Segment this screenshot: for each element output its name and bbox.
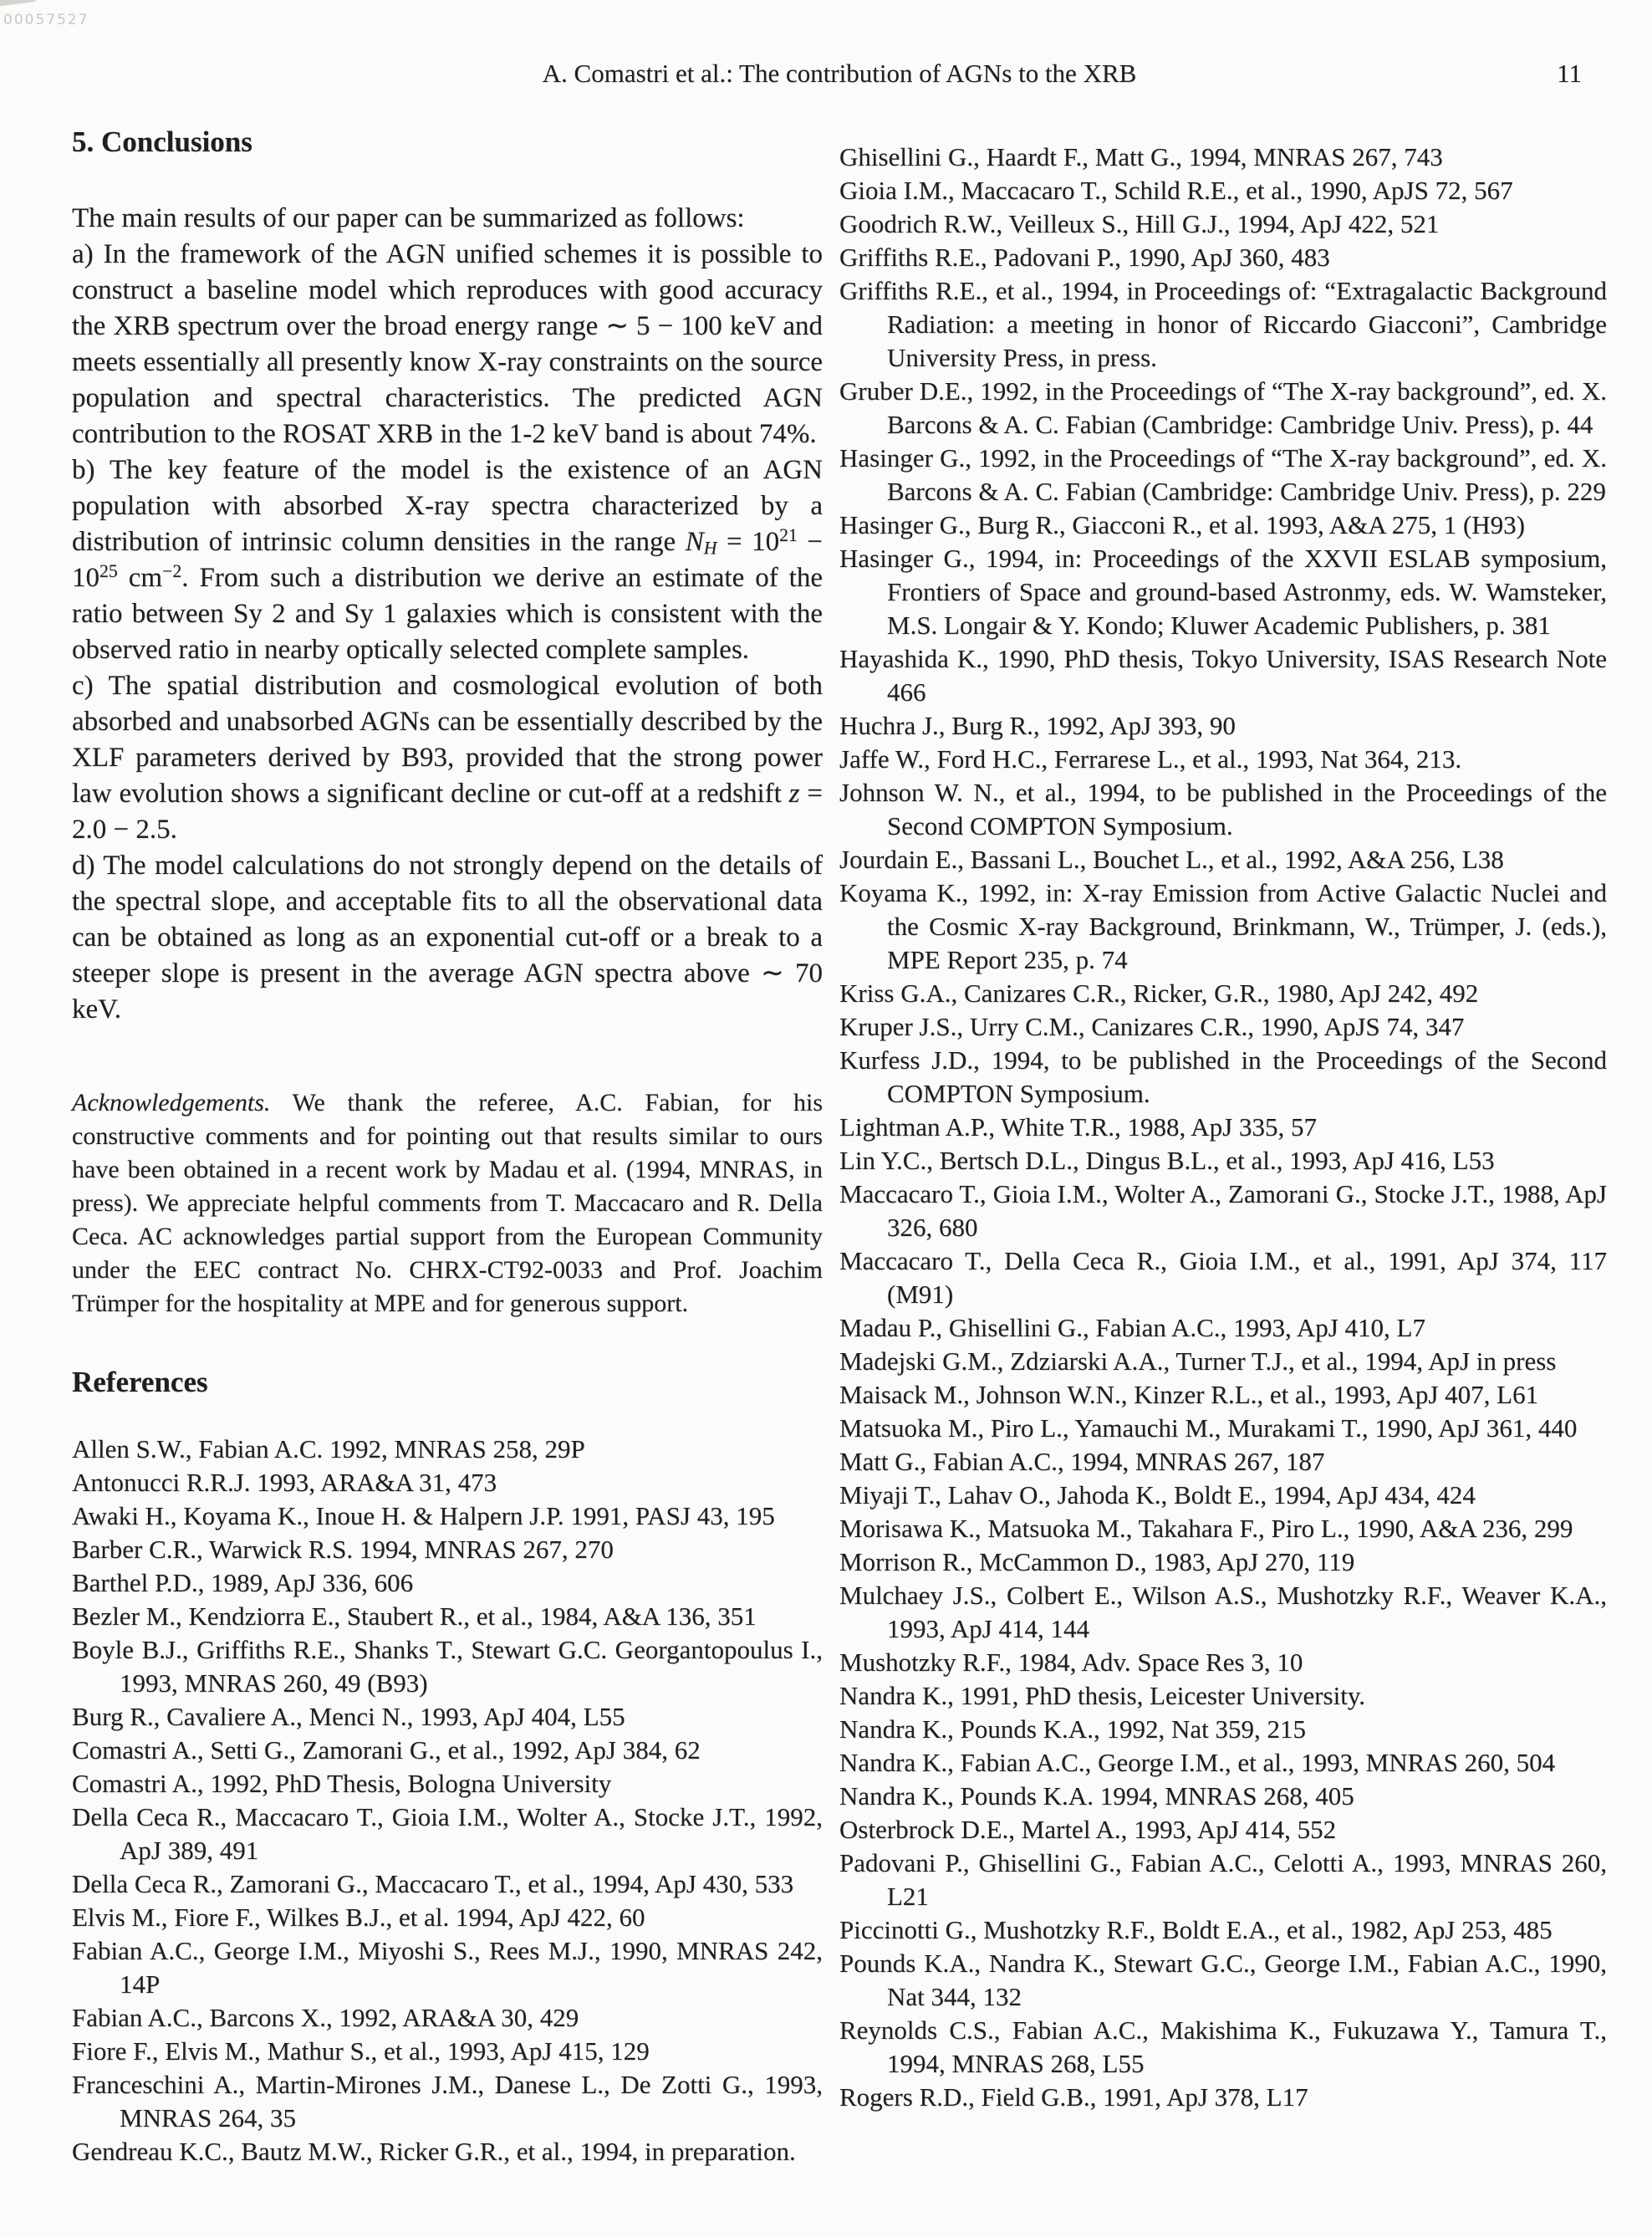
acknowledgements-paragraph: Acknowledgements. We thank the referee, … [72,1086,823,1320]
reference-entry: Padovani P., Ghisellini G., Fabian A.C.,… [839,1846,1607,1913]
body-paragraph: b) The key feature of the model is the e… [72,452,823,668]
reference-entry: Johnson W. N., et al., 1994, to be publi… [839,776,1607,843]
reference-entry: Hasinger G., Burg R., Giacconi R., et al… [839,508,1607,542]
reference-entry: Kruper J.S., Urry C.M., Canizares C.R., … [839,1010,1607,1044]
reference-entry: Nandra K., 1991, PhD thesis, Leicester U… [839,1679,1607,1713]
reference-entry: Madejski G.M., Zdziarski A.A., Turner T.… [839,1345,1607,1378]
reference-entry: Madau P., Ghisellini G., Fabian A.C., 19… [839,1311,1607,1345]
reference-entry: Comastri A., 1992, PhD Thesis, Bologna U… [72,1767,823,1800]
reference-entry: Kurfess J.D., 1994, to be published in t… [839,1044,1607,1111]
reference-entry: Rogers R.D., Field G.B., 1991, ApJ 378, … [839,2081,1607,2114]
page-number: 11 [1557,59,1582,89]
reference-entry: Boyle B.J., Griffiths R.E., Shanks T., S… [72,1633,823,1700]
references-section-heading: References [72,1366,823,1399]
reference-entry: Jaffe W., Ford H.C., Ferrarese L., et al… [839,743,1607,776]
reference-entry: Nandra K., Pounds K.A. 1994, MNRAS 268, … [839,1780,1607,1813]
reference-entry: Della Ceca R., Zamorani G., Maccacaro T.… [72,1867,823,1901]
reference-entry: Mulchaey J.S., Colbert E., Wilson A.S., … [839,1579,1607,1646]
reference-entry: Franceschini A., Martin-Mirones J.M., Da… [72,2068,823,2135]
reference-entry: Gendreau K.C., Bautz M.W., Ricker G.R., … [72,2135,823,2168]
reference-entry: Maccacaro T., Gioia I.M., Wolter A., Zam… [839,1177,1607,1244]
reference-entry: Koyama K., 1992, in: X-ray Emission from… [839,876,1607,977]
reference-entry: Piccinotti G., Mushotzky R.F., Boldt E.A… [839,1913,1607,1947]
reference-entry: Morisawa K., Matsuoka M., Takahara F., P… [839,1512,1607,1545]
reference-entry: Fabian A.C., George I.M., Miyoshi S., Re… [72,1934,823,2001]
reference-entry: Gruber D.E., 1992, in the Proceedings of… [839,375,1607,442]
body-paragraph: d) The model calculations do not strongl… [72,848,823,1028]
body-paragraph: The main results of our paper can be sum… [72,201,823,237]
reference-entry: Nandra K., Fabian A.C., George I.M., et … [839,1746,1607,1780]
reference-entry: Pounds K.A., Nandra K., Stewart G.C., Ge… [839,1947,1607,2014]
body-paragraph: a) In the framework of the AGN unified s… [72,237,823,452]
reference-entry: Reynolds C.S., Fabian A.C., Makishima K.… [839,2014,1607,2081]
reference-entry: Maccacaro T., Della Ceca R., Gioia I.M.,… [839,1244,1607,1311]
reference-entry: Kriss G.A., Canizares C.R., Ricker, G.R.… [839,977,1607,1010]
reference-entry: Fabian A.C., Barcons X., 1992, ARA&A 30,… [72,2001,823,2035]
reference-entry: Osterbrock D.E., Martel A., 1993, ApJ 41… [839,1813,1607,1846]
reference-entry: Fiore F., Elvis M., Mathur S., et al., 1… [72,2035,823,2068]
references-list-left: Allen S.W., Fabian A.C. 1992, MNRAS 258,… [72,1433,823,2168]
acknowledgements-label: Acknowledgements. [72,1089,270,1116]
body-paragraph: c) The spatial distribution and cosmolog… [72,668,823,848]
acknowledgements-text: We thank the referee, A.C. Fabian, for h… [72,1089,823,1317]
reference-entry: Jourdain E., Bassani L., Bouchet L., et … [839,843,1607,876]
reference-entry: Mushotzky R.F., 1984, Adv. Space Res 3, … [839,1646,1607,1679]
conclusions-section-heading: 5. Conclusions [72,125,823,159]
reference-entry: Hasinger G., 1994, in: Proceedings of th… [839,542,1607,642]
reference-entry: Lightman A.P., White T.R., 1988, ApJ 335… [839,1111,1607,1144]
reference-entry: Barber C.R., Warwick R.S. 1994, MNRAS 26… [72,1533,823,1566]
reference-entry: Della Ceca R., Maccacaro T., Gioia I.M.,… [72,1800,823,1867]
scan-id-stamp: 00057527 [3,12,89,28]
reference-entry: Griffiths R.E., et al., 1994, in Proceed… [839,274,1607,375]
reference-entry: Elvis M., Fiore F., Wilkes B.J., et al. … [72,1901,823,1934]
reference-entry: Goodrich R.W., Veilleux S., Hill G.J., 1… [839,207,1607,241]
reference-entry: Barthel P.D., 1989, ApJ 336, 606 [72,1566,823,1600]
reference-entry: Hasinger G., 1992, in the Proceedings of… [839,442,1607,508]
scanned-paper-page: 00057527 A. Comastri et al.: The contrib… [0,0,1652,2237]
left-column: 5. Conclusions The main results of our p… [72,125,823,2168]
reference-entry: Huchra J., Burg R., 1992, ApJ 393, 90 [839,709,1607,743]
reference-entry: Griffiths R.E., Padovani P., 1990, ApJ 3… [839,241,1607,274]
running-header-title: A. Comastri et al.: The contribution of … [72,59,1607,89]
right-column: Ghisellini G., Haardt F., Matt G., 1994,… [839,140,1607,2114]
reference-entry: Antonucci R.R.J. 1993, ARA&A 31, 473 [72,1466,823,1499]
reference-entry: Awaki H., Koyama K., Inoue H. & Halpern … [72,1499,823,1533]
conclusions-paragraphs: The main results of our paper can be sum… [72,201,823,1028]
reference-entry: Comastri A., Setti G., Zamorani G., et a… [72,1734,823,1767]
scan-edge-artifact [0,0,37,7]
reference-entry: Miyaji T., Lahav O., Jahoda K., Boldt E.… [839,1479,1607,1512]
reference-entry: Matsuoka M., Piro L., Yamauchi M., Murak… [839,1412,1607,1445]
reference-entry: Nandra K., Pounds K.A., 1992, Nat 359, 2… [839,1713,1607,1746]
references-list-right: Ghisellini G., Haardt F., Matt G., 1994,… [839,140,1607,2114]
reference-entry: Matt G., Fabian A.C., 1994, MNRAS 267, 1… [839,1445,1607,1479]
reference-entry: Gioia I.M., Maccacaro T., Schild R.E., e… [839,174,1607,207]
reference-entry: Allen S.W., Fabian A.C. 1992, MNRAS 258,… [72,1433,823,1466]
reference-entry: Burg R., Cavaliere A., Menci N., 1993, A… [72,1700,823,1734]
reference-entry: Maisack M., Johnson W.N., Kinzer R.L., e… [839,1378,1607,1412]
reference-entry: Lin Y.C., Bertsch D.L., Dingus B.L., et … [839,1144,1607,1177]
reference-entry: Bezler M., Kendziorra E., Staubert R., e… [72,1600,823,1633]
reference-entry: Morrison R., McCammon D., 1983, ApJ 270,… [839,1545,1607,1579]
reference-entry: Hayashida K., 1990, PhD thesis, Tokyo Un… [839,642,1607,709]
reference-entry: Ghisellini G., Haardt F., Matt G., 1994,… [839,140,1607,174]
